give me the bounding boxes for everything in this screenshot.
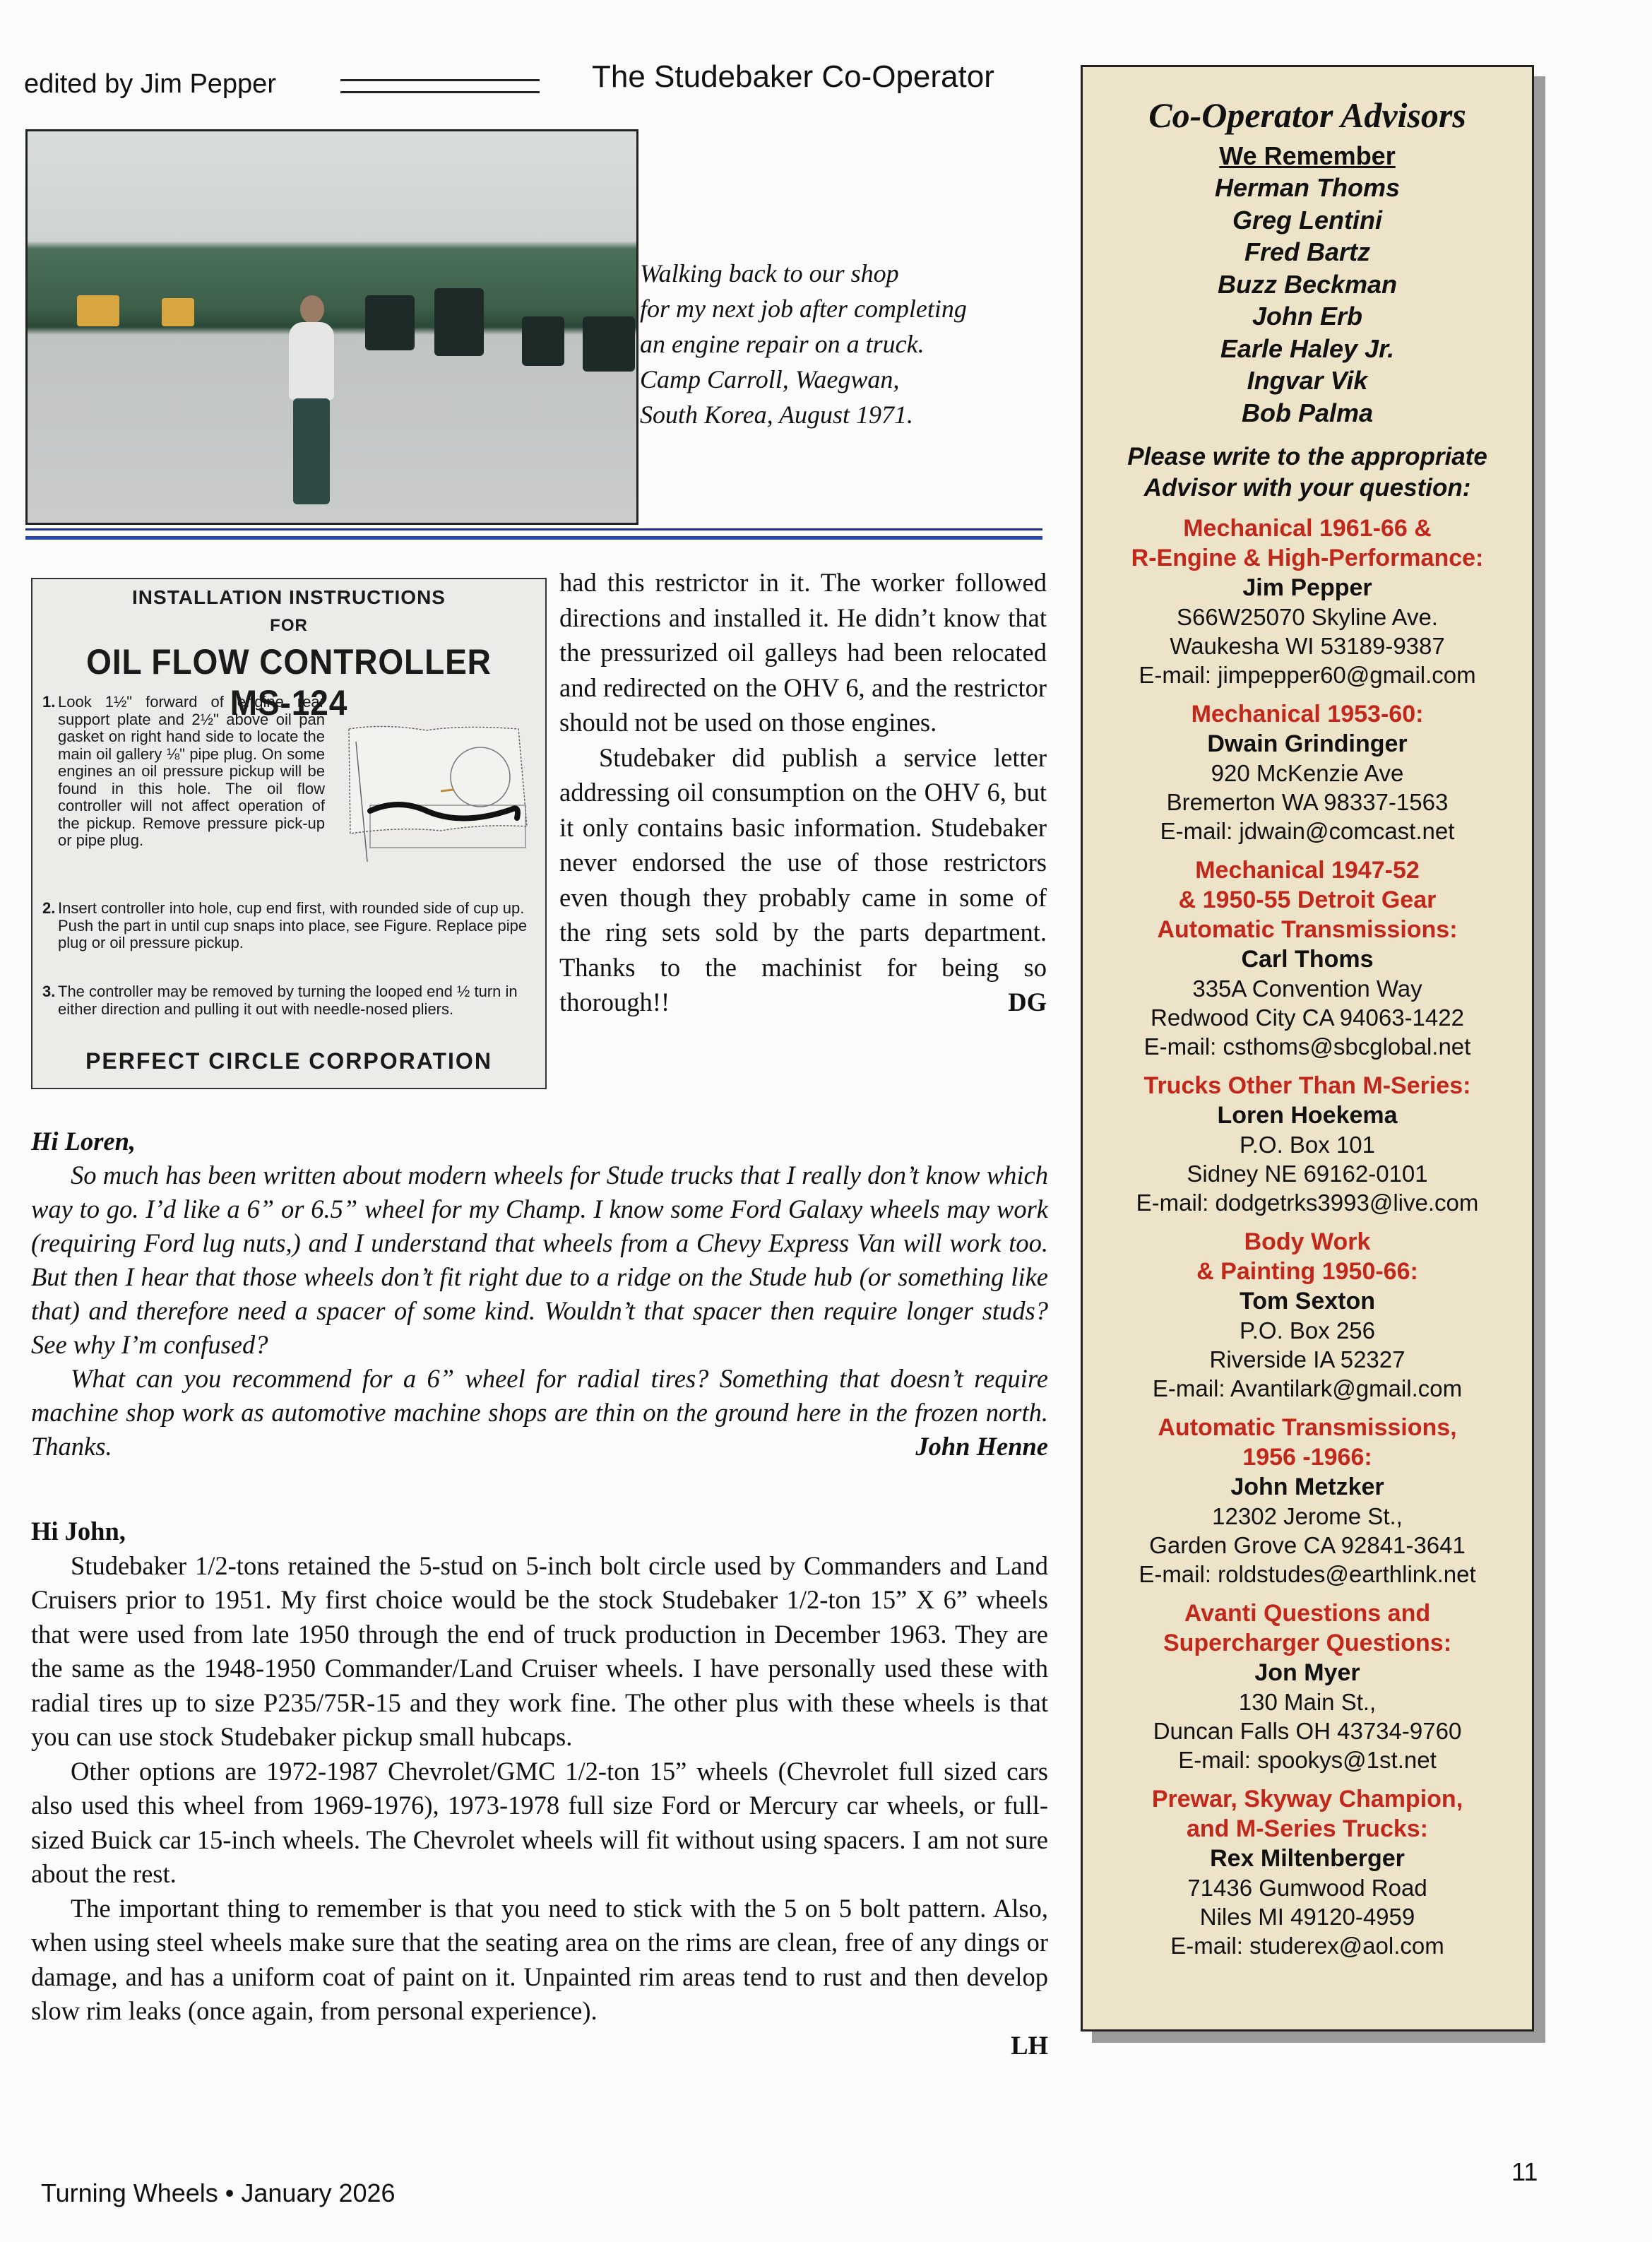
advisor-category: Mechanical 1947-52 [1083,855,1532,885]
advisors-title: Co-Operator Advisors [1083,94,1532,136]
advisor-entry: Prewar, Skyway Champion, and M-Series Tr… [1083,1784,1532,1960]
reply-paragraph: The important thing to remember is that … [31,1892,1048,2029]
section-divider [25,528,1042,540]
advisor-address: S66W25070 Skyline Ave. [1083,603,1532,631]
letter-signature: John Henne [31,1430,1048,1464]
advisor-email[interactable]: E-mail: dodgetrks3993@live.com [1083,1188,1532,1217]
advisor-address: Redwood City CA 94063-1422 [1083,1003,1532,1032]
advisor-address: P.O. Box 256 [1083,1316,1532,1345]
advisor-reply: Hi John, Studebaker 1/2-tons retained th… [31,1514,1048,2063]
advisor-category: Trucks Other Than M-Series: [1083,1071,1532,1101]
advisors-sidebar: Co-Operator Advisors We Remember Herman … [1081,65,1534,2032]
advisor-address: 71436 Gumwood Road [1083,1873,1532,1902]
page-number: 11 [1511,2157,1538,2187]
memorial-name: Ingvar Vik [1083,364,1532,397]
article-paragraph: Studebaker did publish a service letter … [559,740,1047,1020]
letter-greeting: Hi Loren, [31,1125,1048,1158]
advisor-address: 335A Convention Way [1083,974,1532,1003]
memorial-name: Buzz Beckman [1083,268,1532,301]
reader-letter: Hi Loren, So much has been written about… [31,1125,1048,1464]
reply-paragraph: Other options are 1972-1987 Chevrolet/GM… [31,1755,1048,1892]
advisor-name: John Metzker [1083,1472,1532,1502]
advisor-address: 12302 Jerome St., [1083,1502,1532,1531]
advisor-name: Jim Pepper [1083,573,1532,603]
advisor-name: Carl Thoms [1083,944,1532,974]
advisor-email[interactable]: E-mail: Avantilark@gmail.com [1083,1374,1532,1403]
advisor-email[interactable]: E-mail: studerex@aol.com [1083,1931,1532,1960]
card-subheading: FOR [32,616,545,636]
advisor-category: Automatic Transmissions: [1083,915,1532,944]
advisor-category: R-Engine & High-Performance: [1083,543,1532,573]
advisor-address: Sidney NE 69162-0101 [1083,1159,1532,1188]
advisor-address: 130 Main St., [1083,1688,1532,1716]
advisor-entry: Trucks Other Than M-Series: Loren Hoekem… [1083,1071,1532,1217]
advisor-address: Waukesha WI 53189-9387 [1083,631,1532,660]
advisor-entry: Mechanical 1947-52 & 1950-55 Detroit Gea… [1083,855,1532,1061]
advisor-address: Riverside IA 52327 [1083,1345,1532,1374]
advisor-entry: Avanti Questions and Supercharger Questi… [1083,1599,1532,1774]
memorial-name: Greg Lentini [1083,204,1532,237]
advisor-category: Supercharger Questions: [1083,1628,1532,1658]
editor-credit: edited by Jim Pepper [24,69,276,100]
advisor-category: Avanti Questions and [1083,1599,1532,1628]
advisor-name: Loren Hoekema [1083,1101,1532,1130]
article-paragraph: had this restrictor in it. The worker fo… [559,565,1047,740]
advisor-email[interactable]: E-mail: csthoms@sbcglobal.net [1083,1032,1532,1061]
advisor-category: Mechanical 1961-66 & [1083,514,1532,543]
advisor-address: P.O. Box 101 [1083,1130,1532,1159]
advisor-category: 1956 -1966: [1083,1442,1532,1472]
advisor-category: & 1950-55 Detroit Gear [1083,885,1532,915]
oil-flow-instructions-card: INSTALLATION INSTRUCTIONS FOR OIL FLOW C… [31,578,547,1089]
letter-paragraph: So much has been written about modern wh… [31,1158,1048,1362]
advisor-address: Bremerton WA 98337-1563 [1083,788,1532,817]
advisor-category: Mechanical 1953-60: [1083,699,1532,729]
publication-footer: Turning Wheels • January 2026 [41,2178,396,2208]
advisor-name: Dwain Grindinger [1083,729,1532,759]
advisor-entry: Body Work & Painting 1950-66: Tom Sexton… [1083,1227,1532,1403]
advisor-category: and M-Series Trucks: [1083,1814,1532,1844]
instruction-step: 2. Insert controller into hole, cup end … [42,900,534,952]
advisor-name: Rex Miltenberger [1083,1844,1532,1873]
instruction-step: 3. The controller may be removed by turn… [42,983,534,1018]
column-title: The Studebaker Co-Operator [592,59,994,95]
card-heading: INSTALLATION INSTRUCTIONS [32,586,545,609]
article-signature: DG [968,985,1047,1020]
card-company: PERFECT CIRCLE CORPORATION [32,1048,545,1074]
advisor-name: Jon Myer [1083,1658,1532,1688]
advisor-email[interactable]: E-mail: roldstudes@earthlink.net [1083,1560,1532,1589]
we-remember-heading: We Remember [1083,141,1532,172]
advisor-address: Niles MI 49120-4959 [1083,1902,1532,1931]
advisor-entry: Mechanical 1961-66 & R-Engine & High-Per… [1083,514,1532,689]
photo-caption: Walking back to our shop for my next job… [640,256,1050,432]
memorial-name: Bob Palma [1083,397,1532,429]
engine-block-figure-icon [342,720,533,869]
reply-greeting: Hi John, [31,1514,1048,1549]
advisor-email[interactable]: E-mail: jimpepper60@gmail.com [1083,660,1532,689]
advisor-entry: Automatic Transmissions, 1956 -1966: Joh… [1083,1413,1532,1589]
advisor-entry: Mechanical 1953-60: Dwain Grindinger 920… [1083,699,1532,846]
advisor-address: Garden Grove CA 92841-3641 [1083,1531,1532,1560]
memorial-name: Earle Haley Jr. [1083,333,1532,365]
korea-photo [25,129,638,525]
instruction-step: 1. Look 1½" forward of engine rear suppo… [42,694,325,850]
header-double-rule [340,79,540,93]
advisor-category: Automatic Transmissions, [1083,1413,1532,1442]
reply-signature: LH [31,2029,1048,2063]
advisor-instruction: Please write to the appropriate Advisor … [1083,441,1532,504]
reply-paragraph: Studebaker 1/2-tons retained the 5-stud … [31,1549,1048,1755]
memorial-name: Fred Bartz [1083,236,1532,268]
memorial-name: Herman Thoms [1083,172,1532,204]
memorial-name: John Erb [1083,300,1532,333]
advisor-category: Body Work [1083,1227,1532,1257]
advisor-email[interactable]: E-mail: spookys@1st.net [1083,1745,1532,1774]
advisor-name: Tom Sexton [1083,1286,1532,1316]
advisor-category: Prewar, Skyway Champion, [1083,1784,1532,1814]
article-continuation: had this restrictor in it. The worker fo… [559,565,1047,1020]
advisor-address: 920 McKenzie Ave [1083,759,1532,788]
advisor-category: & Painting 1950-66: [1083,1257,1532,1286]
advisor-address: Duncan Falls OH 43734-9760 [1083,1716,1532,1745]
advisor-email[interactable]: E-mail: jdwain@comcast.net [1083,817,1532,846]
